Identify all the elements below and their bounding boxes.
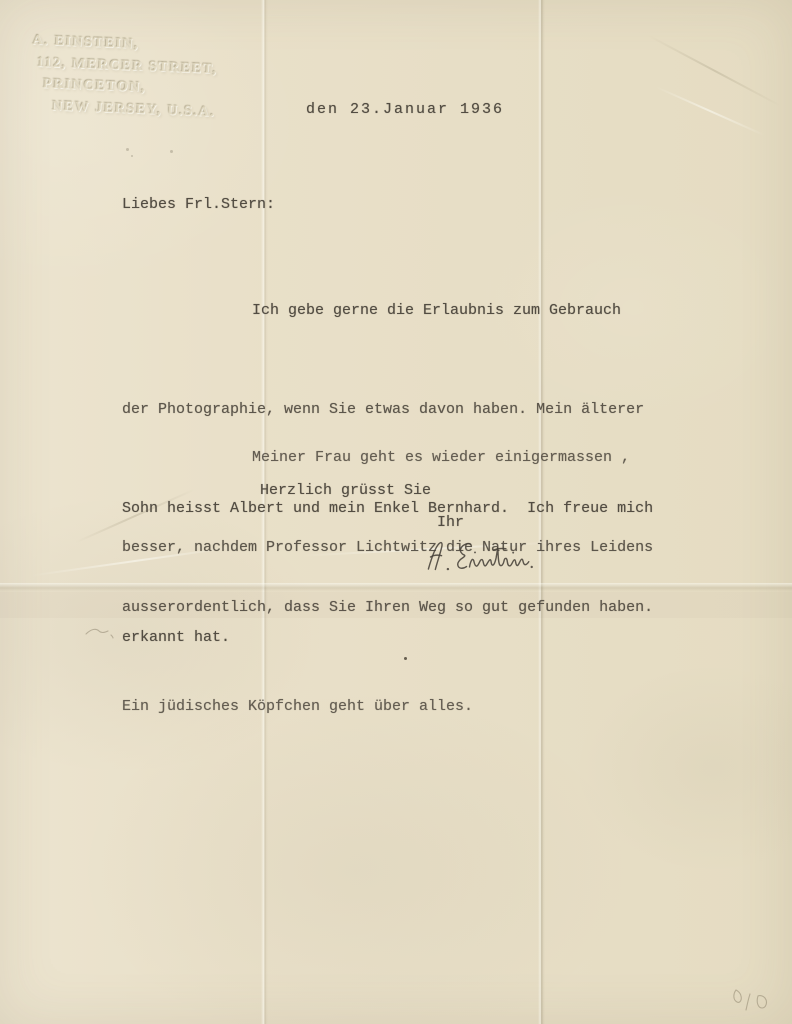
crease-mark [655,86,765,137]
body-paragraph-2: Meiner Frau geht es wieder einigermassen… [122,383,653,713]
body-line: Ich gebe gerne die Erlaubnis zum Gebrauc… [122,294,653,327]
paper-smudge [131,155,133,157]
pencil-mark [728,982,780,1016]
signature-handwriting [421,534,537,582]
signature-svg [421,534,537,582]
letter-scan: A. EINSTEIN, 112, MERCER STREET, PRINCET… [0,0,792,1024]
pencil-mark [82,622,118,644]
valediction-pronoun: Ihr [437,512,464,534]
body-line: erkannt hat. [122,623,653,653]
date-line: den 23.Januar 1936 [306,99,504,121]
body-line: besser, nachdem Professor Lichtwitz die … [122,533,653,563]
body-line: Meiner Frau geht es wieder einigermassen… [122,443,653,473]
ink-speck [404,657,407,660]
salutation: Liebes Frl.Stern: [122,194,275,216]
paper-smudge [170,150,173,153]
crease-mark [648,35,781,107]
embossed-letterhead: A. EINSTEIN, 112, MERCER STREET, PRINCET… [30,30,219,123]
closing-line: Herzlich grüsst Sie [260,480,431,502]
paper-smudge [126,148,129,151]
